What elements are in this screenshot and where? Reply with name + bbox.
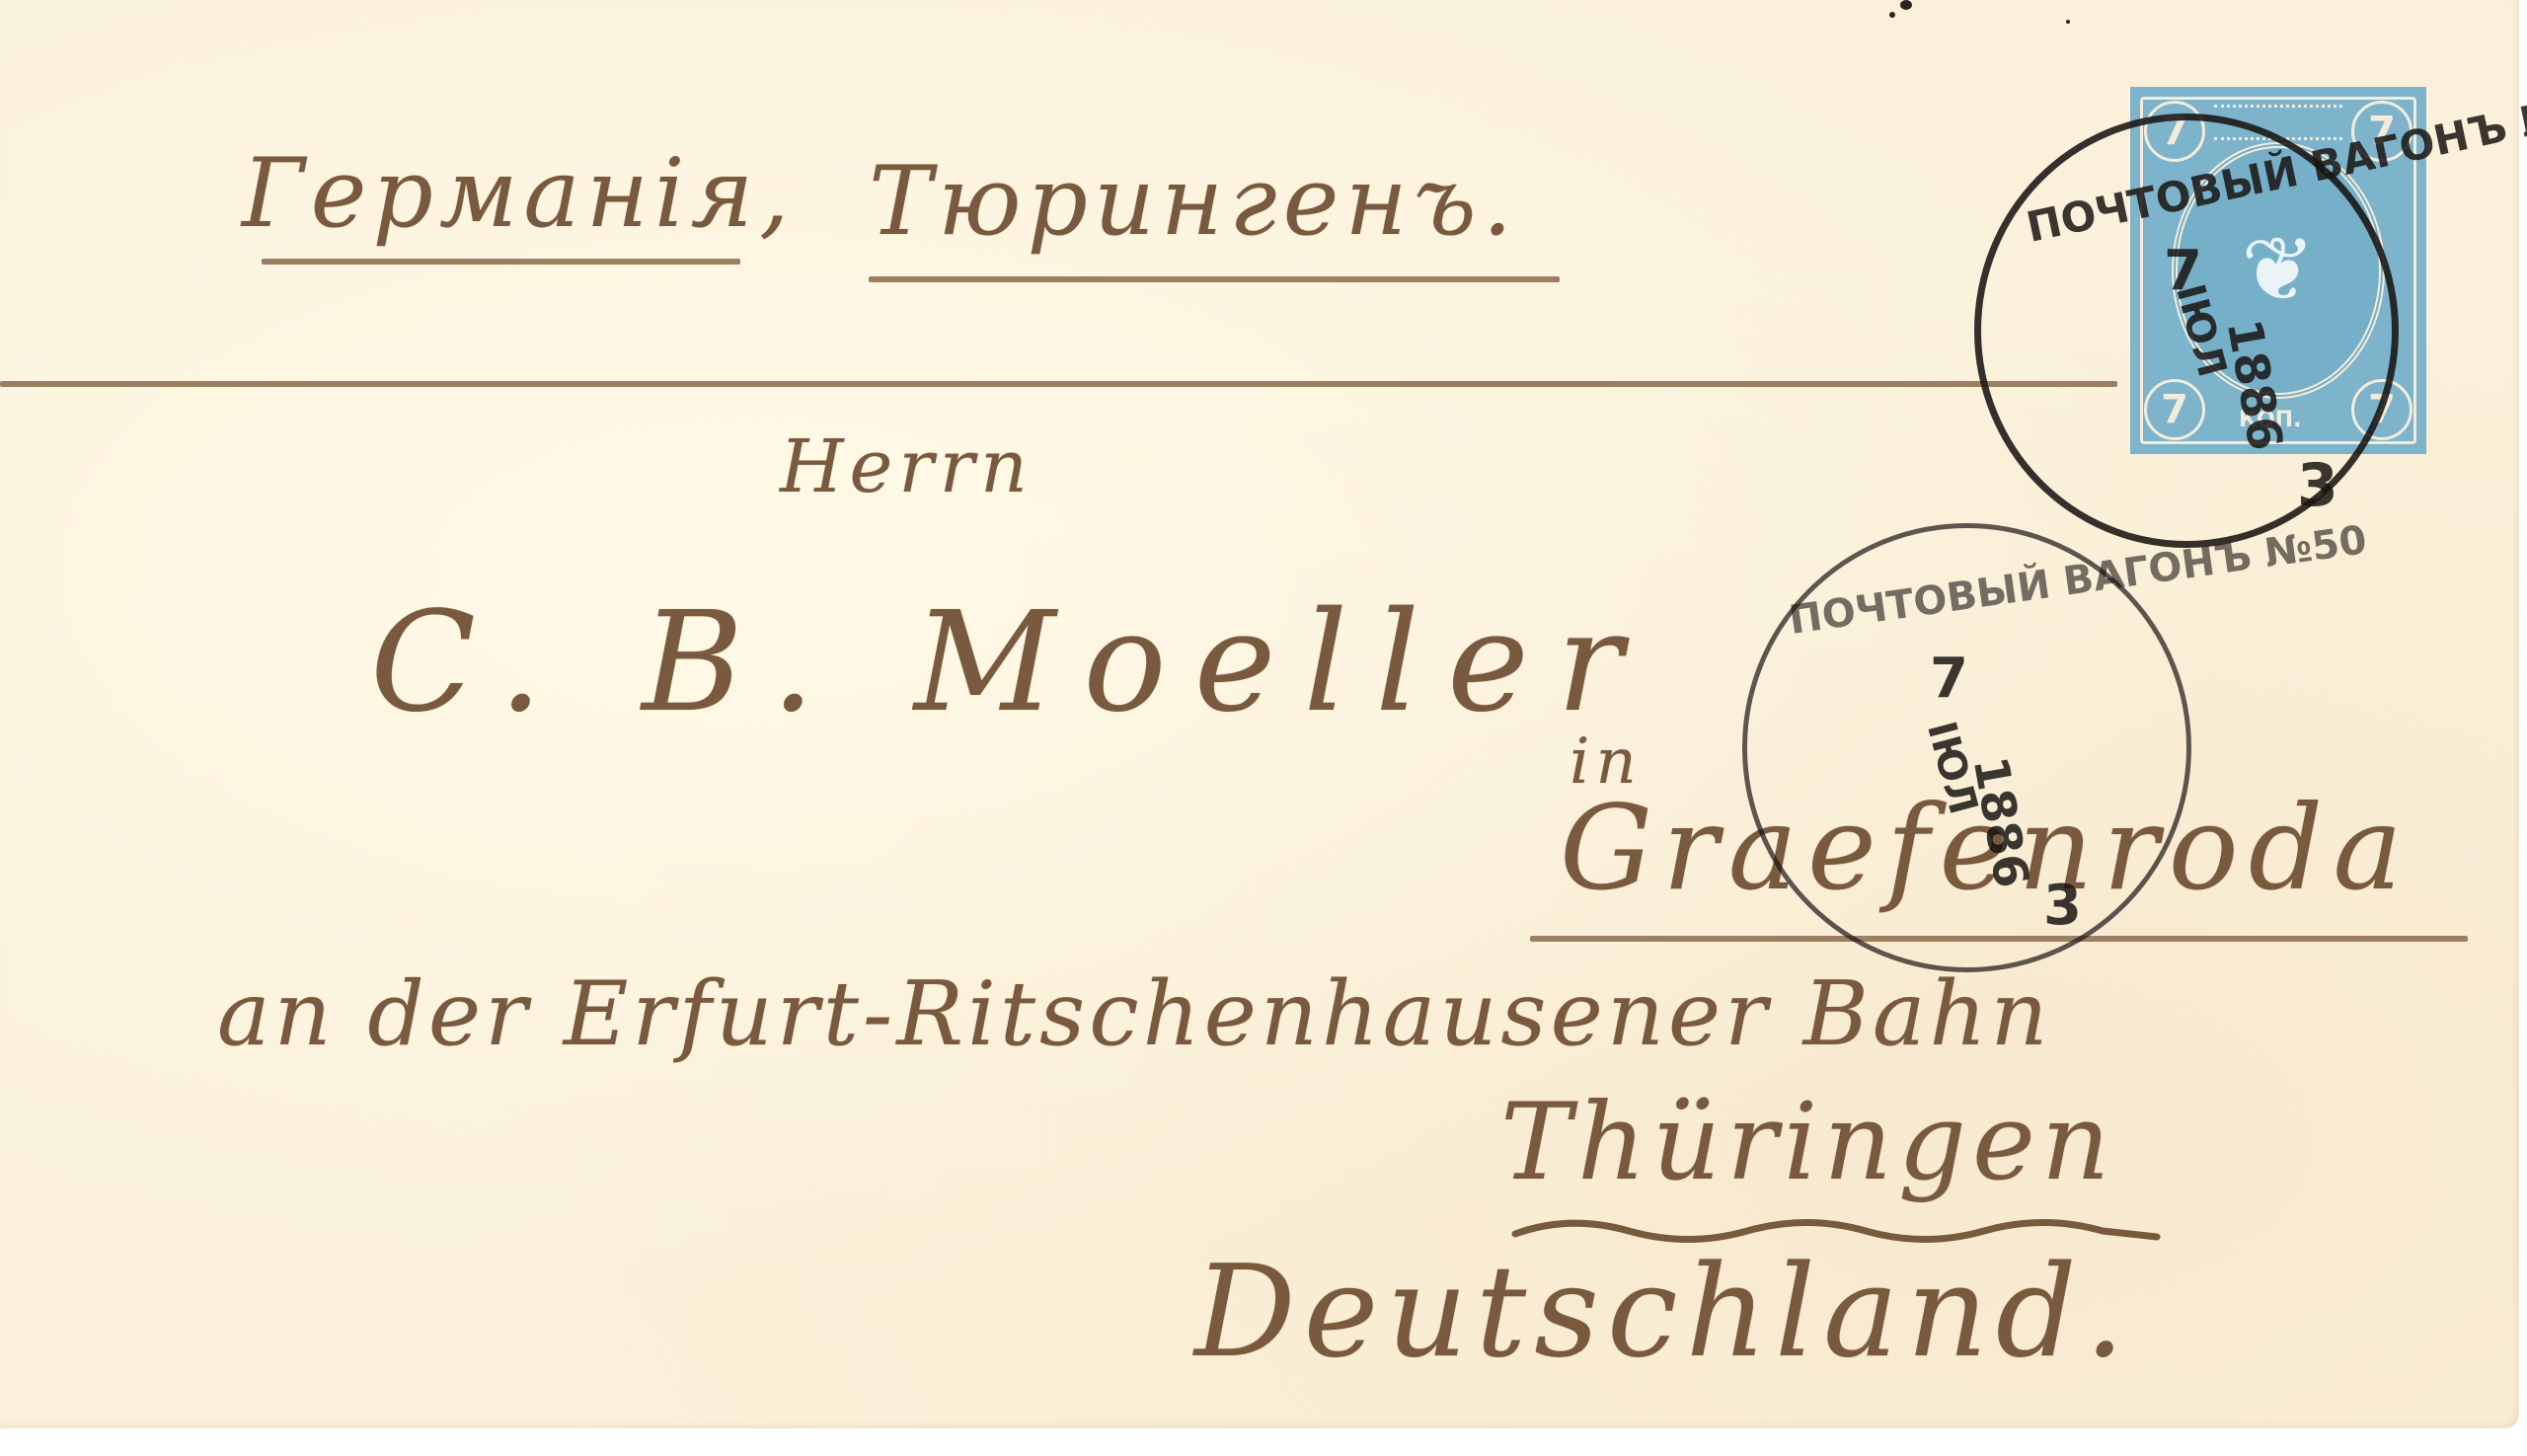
- country-name: Deutschland.: [1194, 1239, 2132, 1386]
- underline-country: [262, 259, 740, 265]
- country-note-ru: Германія,: [242, 138, 796, 249]
- separator-rule: [0, 381, 2117, 387]
- region-name: Thüringen: [1500, 1081, 2115, 1204]
- postmark-1-bottom-number: 3: [2297, 451, 2338, 520]
- postmark-2: ПОЧТОВЫЙ ВАГОНЪ №50 7 ІЮЛ 1886 3: [1742, 523, 2191, 972]
- salutation: Herrn: [780, 424, 1034, 509]
- route-line: an der Erfurt-Ritschenhausener Bahn: [217, 962, 2051, 1066]
- postmark-2-day: 7: [1930, 647, 1968, 711]
- recipient-name: C. B. Moeller: [370, 582, 1650, 743]
- postmark-2-bottom-number: 3: [2043, 874, 2082, 938]
- underline-region: [869, 276, 1560, 282]
- ink-speck: [1900, 0, 1912, 10]
- postmark-2-ring-text: ПОЧТОВЫЙ ВАГОНЪ №50: [1787, 517, 2370, 644]
- postmark-2-year: 1886: [1962, 752, 2039, 891]
- ink-speck: [2066, 20, 2070, 24]
- envelope: Германія, Тюрингенъ. Herrn C. B. Moeller…: [0, 0, 2519, 1428]
- postmark-1: ПОЧТОВЫЙ ВАГОНЪ №50 7 ІЮЛ 1886 3: [1974, 114, 2399, 548]
- ink-speck: [1889, 12, 1895, 18]
- region-note-ru: Тюрингенъ.: [869, 146, 1518, 257]
- postmark-1-year: 1886: [2216, 315, 2293, 454]
